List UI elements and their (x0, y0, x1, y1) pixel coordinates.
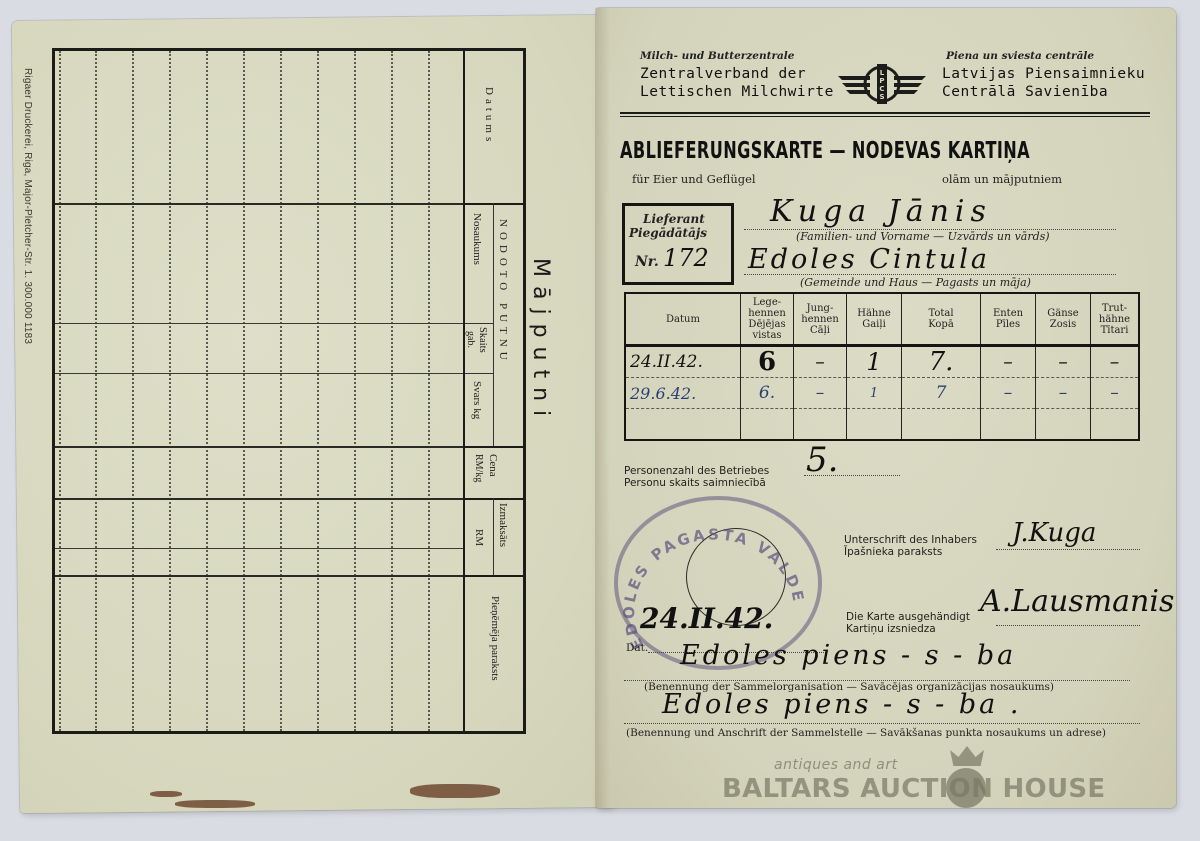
th-legehennen: Lege- hennen Dējējas vistas (741, 293, 794, 346)
subtitle-de: für Eier und Geflügel (632, 172, 756, 186)
header-lv-small: Piena un sviesta centrāle (946, 50, 1094, 62)
table-row (625, 409, 1139, 441)
th-enten: Enten Pīles (981, 293, 1036, 346)
cell-hahne: 1 (847, 378, 902, 409)
cell-legehennen (741, 409, 794, 441)
page-fold (596, 8, 610, 808)
col-pienemeja-paraksts: Pieņēmēja paraksts (489, 596, 501, 681)
issue-date: 24.II.42. (640, 602, 773, 635)
owner-signature: J.Kuga (1012, 518, 1096, 548)
issued-by-label-lv: Kartiņu izsniedza (846, 623, 936, 635)
svg-text:C: C (879, 85, 884, 93)
ledger-grid (55, 51, 463, 731)
delivery-table-header: Datum Lege- hennen Dējējas vistas Jung- … (625, 293, 1139, 346)
watermark-tagline: antiques and art (774, 757, 898, 773)
supplier-address: Edoles Cintula (748, 244, 990, 275)
owner-signature-label-de: Unterschrift des Inhabers (844, 534, 977, 546)
card-title: ABLIEFERUNGSKARTE — NODEVAS KARTIŅA (620, 138, 1030, 164)
subtitle-lv: olām un mājputniem (942, 172, 1062, 186)
col-datums: Datums (483, 87, 495, 145)
persons-line (804, 475, 900, 476)
header-rule (620, 112, 1150, 114)
persons-label-lv: Personu skaits saimniecībā (624, 477, 766, 489)
collection-org-value: Edoles piens - s - ba (680, 640, 1016, 671)
header-de-line2: Lettischen Milchwirte (640, 84, 834, 101)
header-rule-thin (620, 116, 1150, 117)
cell-datum (625, 409, 741, 441)
poultry-ledger-table: Datums NODOTO PUTNU Nosaukums Skaits gab… (52, 48, 526, 734)
left-page-title: Mājputni (528, 258, 553, 425)
cell-total: 7 (902, 378, 981, 409)
supplier-nr-label: Nr. (635, 254, 659, 270)
header-lv-line1: Latvijas Piensaimnieku (942, 66, 1145, 83)
stain (410, 784, 500, 798)
owner-signature-label-lv: Īpašnieka paraksts (844, 546, 942, 558)
cell-enten: – (981, 378, 1036, 409)
issued-by-line (996, 625, 1140, 626)
persons-value: 5. (806, 440, 838, 480)
cell-legehennen: 6 (741, 346, 794, 378)
header-de-line1: Zentralverband der (640, 66, 806, 83)
th-junghennen: Jung- hennen Cāļi (794, 293, 847, 346)
supplier-label-de: Lieferant (643, 212, 705, 226)
cell-total (902, 409, 981, 441)
col-skaits-unit: gab. (465, 331, 476, 348)
cell-total: 7. (902, 346, 981, 378)
svg-text:S: S (879, 93, 884, 101)
cell-hahne: 1 (847, 346, 902, 378)
delivery-table: Datum Lege- hennen Dējējas vistas Jung- … (624, 292, 1140, 441)
cell-junghennen: – (794, 346, 847, 378)
cell-enten (981, 409, 1036, 441)
col-cena: Cena (487, 454, 499, 477)
col-skaits: Skaits (477, 327, 488, 353)
header-de-small: Milch- und Butterzentrale (640, 50, 794, 62)
persons-label-de: Personenzahl des Betriebes (624, 465, 769, 477)
th-datum: Datum (625, 293, 741, 346)
col-izmaksats-unit: RM (473, 529, 485, 546)
issued-by-label-de: Die Karte ausgehändigt (846, 611, 970, 623)
supplier-name: Kuga Jānis (770, 194, 992, 229)
cell-junghennen: – (794, 378, 847, 409)
collection-point-caption: (Benennung und Anschrift der Sammelstell… (626, 727, 1106, 739)
cell-ganse (1036, 409, 1091, 441)
header-lv-line2: Centrālā Savienība (942, 84, 1108, 101)
address-caption: (Gemeinde und Haus — Pagasts un māja) (800, 276, 1031, 289)
ledger-header-column: Datums NODOTO PUTNU Nosaukums Skaits gab… (463, 51, 525, 731)
cell-enten: – (981, 346, 1036, 378)
supplier-box: Lieferant Piegādātājs Nr. 172 (622, 203, 734, 285)
cell-hahne (847, 409, 902, 441)
owner-signature-line (996, 549, 1140, 550)
cell-datum: 29.6.42. (625, 378, 741, 409)
table-row: 29.6.42. 6. – 1 7 – – – (625, 378, 1139, 409)
th-total: Total Kopā (902, 293, 981, 346)
cell-truthahne (1091, 409, 1140, 441)
cell-junghennen (794, 409, 847, 441)
stain (150, 791, 182, 797)
stain (175, 800, 255, 808)
lpcs-winged-logo-icon: L P C S (836, 62, 928, 106)
address-line (744, 274, 1116, 275)
cell-truthahne: – (1091, 346, 1140, 378)
table-row: 24.II.42. 6 – 1 7. – – – (625, 346, 1139, 378)
th-ganse: Gänse Zosis (1036, 293, 1091, 346)
collection-point-line (624, 723, 1140, 724)
col-nosaukums: Nosaukums (471, 213, 483, 265)
stamp-text-ring: EDOLES PAGASTA VALDE (614, 496, 814, 662)
cell-ganse: – (1036, 378, 1091, 409)
issuer-signature: A.Lausmanis (980, 584, 1174, 619)
svg-text:P: P (879, 77, 884, 85)
cell-truthahne: – (1091, 378, 1140, 409)
printer-imprint: Rigaer Druckerei, Riga, Major-Pletcher-S… (22, 68, 33, 344)
col-izmaksats: Izmaksāts (497, 503, 509, 547)
col-cena-unit: RM/kg (473, 454, 484, 482)
svg-text:L: L (880, 69, 885, 77)
collection-point-value: Edoles piens - s - ba . (662, 689, 1021, 720)
watermark-brand: BALTARS AUCTION HOUSE (722, 774, 1105, 804)
th-hahne: Hähne Gaiļi (847, 293, 902, 346)
date-label: Dat. (626, 642, 648, 654)
col-svars: Svars kg (471, 381, 483, 419)
supplier-nr-value: 172 (663, 244, 709, 272)
supplier-label-lv: Piegādātājs (629, 226, 707, 240)
name-caption: (Familien- und Vorname — Uzvārds un vārd… (796, 230, 1050, 243)
th-truthahne: Trut- hähne Tītari (1091, 293, 1140, 346)
cell-datum: 24.II.42. (625, 346, 741, 378)
col-nodoto-putnu: NODOTO PUTNU (497, 219, 509, 365)
cell-ganse: – (1036, 346, 1091, 378)
cell-legehennen: 6. (741, 378, 794, 409)
